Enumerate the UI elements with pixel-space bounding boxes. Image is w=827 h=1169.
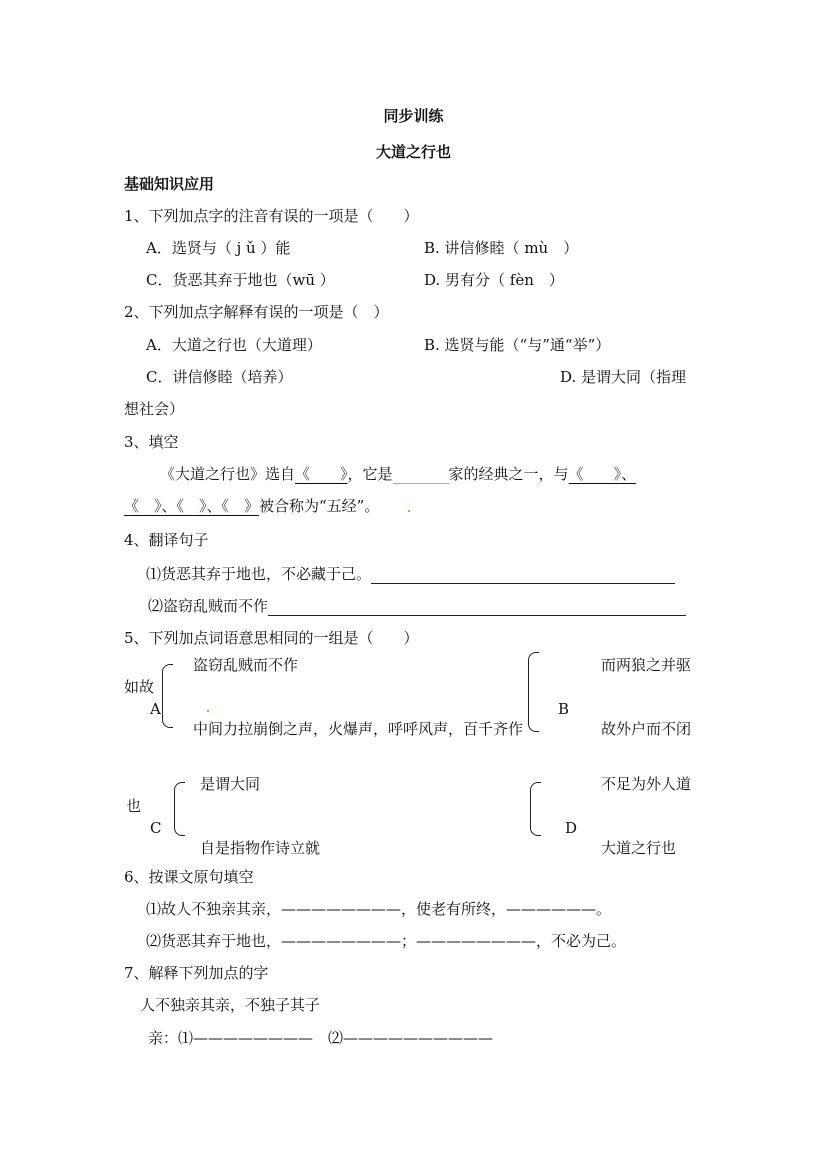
q4-answer-line-1[interactable] [371, 567, 675, 584]
q5-b-label: B [558, 699, 569, 719]
q5-d-bottom: 大道之行也 [601, 838, 676, 858]
q5-a-top: 盗窃乱贼而不作 [193, 655, 298, 675]
q4-item-2: ⑵盗窃乱贼而不作 [148, 596, 686, 616]
q2-option-d-wrap: 想社会） [124, 399, 184, 419]
q1-option-b: B. 讲信修睦（ mù ） [424, 238, 578, 258]
q4-item-1: ⑴货恶其弃于地也，不必藏于己。 [146, 564, 675, 584]
stray-mark [408, 510, 410, 512]
q3-line1: 《大道之行也》选自《 》，它是家的经典之一，与《 》、 [160, 464, 644, 484]
q6-stem: 6、按课文原句填空 [124, 867, 254, 887]
q5-b-brace [528, 652, 539, 732]
q5-d-brace [530, 782, 541, 836]
q3-stem: 3、填空 [124, 432, 179, 452]
q2-option-b: B. 选贤与能（“与”通“举”） [424, 335, 610, 355]
q5-a-brace [162, 664, 173, 728]
q5-b-top: 而两狼之并驱 [601, 655, 691, 675]
q2-option-c: C．讲信修睦（培养） [146, 367, 292, 387]
q5-c-label: C [150, 818, 161, 838]
q1-option-c: C．货恶其弃于地也（wū ） [146, 270, 335, 290]
q3-blank-source[interactable]: 《 》 [295, 465, 348, 483]
q2-stem: 2、下列加点字解释有误的一项是（ ） [124, 302, 389, 322]
q5-a-word: 如故 [124, 677, 154, 697]
q1-option-a: A．选贤与（ j ǔ ）能 [146, 238, 290, 258]
q5-d-label: D [565, 818, 577, 838]
q7-stem: 7、解释下列加点的字 [124, 963, 269, 983]
stray-mark [207, 710, 209, 712]
q2-option-d: D. 是谓大同（指理 [560, 367, 686, 387]
q5-a-label: A [150, 699, 161, 719]
q4-stem: 4、翻译句子 [124, 530, 209, 550]
q1-stem: 1、下列加点字的注音有误的一项是（ ） [124, 206, 419, 226]
q1-option-d: D. 男有分（ fèn ） [424, 270, 564, 290]
page-subtitle: 大道之行也 [0, 142, 827, 162]
q3-line2: 《 》、《 》、《 》被合称为“五经”。 [124, 496, 379, 516]
q5-c-bottom: 自是指物作诗立就 [200, 838, 320, 858]
section-heading: 基础知识应用 [124, 174, 214, 194]
q2-option-a: A．大道之行也（大道理） [146, 335, 322, 355]
q5-c-top: 是谓大同 [200, 774, 260, 794]
q4-answer-line-2[interactable] [268, 599, 686, 616]
q3-blank-classics[interactable]: 《 》、《 》、《 》 [124, 497, 259, 515]
q5-b-bottom: 故外户而不闭 [601, 719, 691, 739]
q5-a-bottom: 中间力拉崩倒之声，火爆声，呼呼风声，百千齐作 [193, 719, 523, 739]
q6-item-1: ⑴故人不独亲其亲，————————，使老有所终，——————。 [146, 899, 611, 919]
q5-c-word: 也 [126, 796, 141, 816]
q7-blank: 亲：⑴———————— ⑵—————————— [148, 1028, 493, 1048]
q5-c-brace [174, 782, 185, 836]
q6-item-2: ⑵货恶其弃于地也，————————；————————，不必为己。 [146, 931, 626, 951]
q5-stem: 5、下列加点词语意思相同的一组是（ ） [124, 628, 419, 648]
q3-blank-classic-1[interactable]: 《 》、 [569, 465, 645, 483]
q7-sentence: 人不独亲其亲，不独子其子 [140, 995, 320, 1015]
q3-blank-school[interactable] [393, 467, 449, 484]
page-title: 同步训练 [0, 106, 827, 126]
q5-d-top: 不足为外人道 [601, 774, 691, 794]
